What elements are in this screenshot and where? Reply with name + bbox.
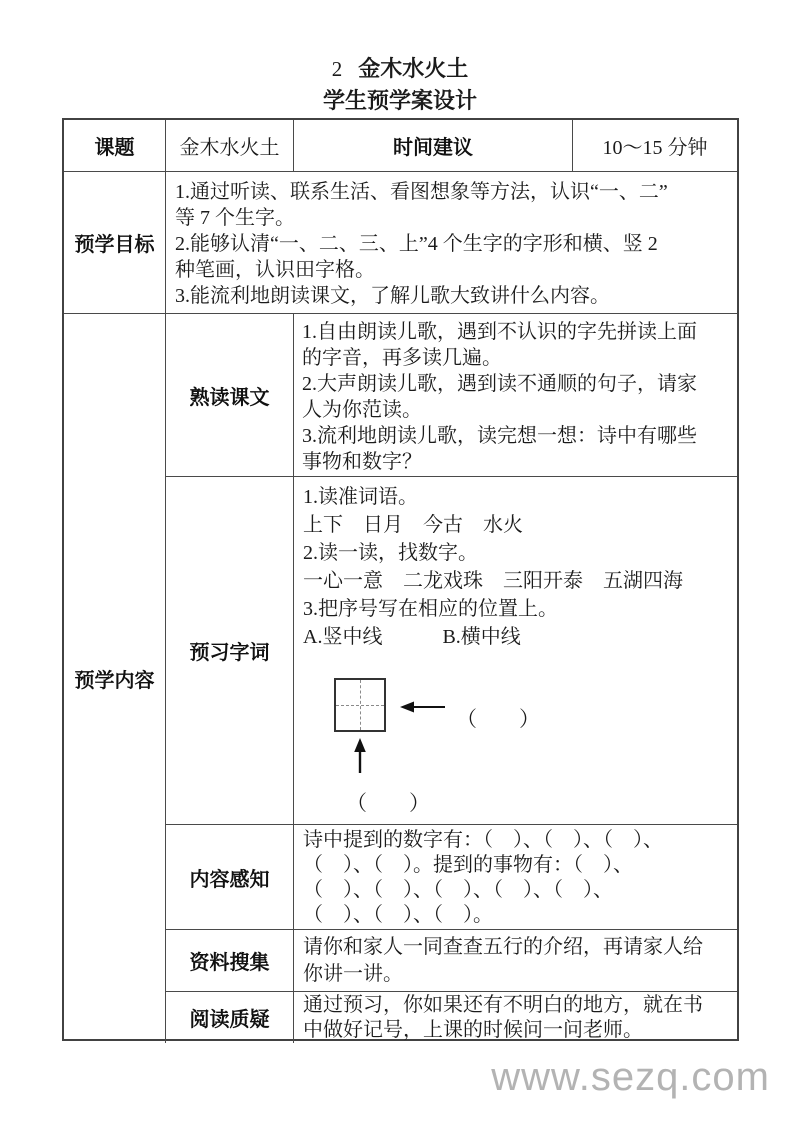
text-line: 3.能流利地朗读课文，了解儿歌大致讲什么内容。: [175, 283, 729, 309]
section-reading-questions: 阅读质疑 通过预习，你如果还有不明白的地方，就在书 中做好记号，上课的时候问一问…: [166, 992, 737, 1043]
text-line: 上下 日月 今古 水火: [303, 511, 731, 539]
content-row: 预学内容 熟读课文 1.自由朗读儿歌，遇到不认识的字先拼读上面 的字音，再多读几…: [64, 314, 737, 1043]
text-line: 种笔画，认识田字格。: [175, 257, 729, 283]
time-value-cell: 10～15 分钟: [573, 120, 737, 171]
content-perception-content-cell: 诗中提到的数字有：（ ）、（ ）、（ ）、 （ ）、（ ）。提到的事物有：（ ）…: [294, 825, 737, 929]
text-line: 2.能够认清“一、二、三、上”4 个生字的字形和横、竖 2: [175, 231, 729, 257]
horizontal-midline: [336, 705, 384, 706]
tianzige-diagram: （ ） （ ）: [294, 651, 731, 825]
text-line: 你讲一讲。: [303, 961, 731, 988]
section-content-perception: 内容感知 诗中提到的数字有：（ ）、（ ）、（ ）、 （ ）、（ ）。提到的事物…: [166, 825, 737, 930]
lesson-title: 2金木水火土: [0, 52, 800, 83]
text-line: （ ）、（ ）、（ ）、（ ）、（ ）、: [303, 878, 731, 903]
preview-plan-table: 课题 金木水火土 时间建议 10～15 分钟 预学目标 1.通过听读、联系生活、…: [62, 118, 739, 1041]
text-line: 3.流利地朗读儿歌，读完想一想：诗中有哪些: [302, 423, 731, 449]
section-preview-words: 预习字词 1.读准词语。 上下 日月 今古 水火 2.读一读，找数字。 一心一意…: [166, 477, 737, 825]
content-label-cell: 预学内容: [64, 314, 166, 1043]
text-line: 的字音，再多读几遍。: [302, 345, 731, 371]
topic-value-cell: 金木水火土: [166, 120, 294, 171]
reading-questions-content-cell: 通过预习，你如果还有不明白的地方，就在书 中做好记号，上课的时候问一问老师。: [294, 992, 737, 1043]
up-arrow-icon: [353, 738, 367, 774]
text-line: 一心一意 二龙戏珠 三阳开泰 五湖四海: [303, 567, 731, 595]
watermark: www.sezq.com: [491, 1055, 770, 1100]
text-line: 中做好记号，上课的时候问一问老师。: [303, 1018, 731, 1043]
text-line: 2.大声朗读儿歌，遇到读不通顺的句子，请家: [302, 371, 731, 397]
text-line: （ ）、（ ）、（ ）。: [303, 903, 731, 928]
time-label-cell: 时间建议: [294, 120, 573, 171]
topic-label-cell: 课题: [64, 120, 166, 171]
content-perception-label-cell: 内容感知: [166, 825, 294, 929]
text-line: 3.把序号写在相应的位置上。: [303, 595, 731, 623]
header-row: 课题 金木水火土 时间建议 10～15 分钟: [64, 120, 737, 172]
preview-words-content-cell: 1.读准词语。 上下 日月 今古 水火 2.读一读，找数字。 一心一意 二龙戏珠…: [294, 477, 737, 824]
text-line: 请你和家人一同查查五行的介绍，再请家人给: [303, 934, 731, 961]
preview-words-label-cell: 预习字词: [166, 477, 294, 824]
read-aloud-content-cell: 1.自由朗读儿歌，遇到不认识的字先拼读上面 的字音，再多读几遍。 2.大声朗读儿…: [294, 314, 737, 476]
answer-blank-bottom: （ ）: [346, 789, 430, 817]
text-line: 事物和数字？: [302, 449, 731, 475]
text-line: 2.读一读，找数字。: [303, 539, 731, 567]
goal-content-cell: 1.通过听读、联系生活、看图想象等方法，认识“一、二” 等 7 个生字。 2.能…: [166, 172, 737, 313]
lesson-number: 2: [332, 57, 343, 81]
left-arrow-icon: [400, 700, 446, 714]
text-line: 通过预习，你如果还有不明白的地方，就在书: [303, 993, 731, 1018]
reading-questions-label-cell: 阅读质疑: [166, 992, 294, 1043]
goal-row: 预学目标 1.通过听读、联系生活、看图想象等方法，认识“一、二” 等 7 个生字…: [64, 172, 737, 314]
text-line: 1.读准词语。: [303, 483, 731, 511]
text-line: 等 7 个生字。: [175, 205, 729, 231]
read-aloud-label-cell: 熟读课文: [166, 314, 294, 476]
section-material-search: 资料搜集 请你和家人一同查查五行的介绍，再请家人给 你讲一讲。: [166, 930, 737, 992]
text-line: 人为你范读。: [302, 397, 731, 423]
section-read-aloud: 熟读课文 1.自由朗读儿歌，遇到不认识的字先拼读上面 的字音，再多读几遍。 2.…: [166, 314, 737, 477]
text-line: 诗中提到的数字有：（ ）、（ ）、（ ）、: [303, 828, 731, 853]
goal-label-cell: 预学目标: [64, 172, 166, 313]
answer-blank-right: （ ）: [456, 705, 540, 733]
material-search-content-cell: 请你和家人一同查查五行的介绍，再请家人给 你讲一讲。: [294, 930, 737, 991]
lesson-title-text: 金木水火土: [358, 56, 468, 81]
content-sections: 熟读课文 1.自由朗读儿歌，遇到不认识的字先拼读上面 的字音，再多读几遍。 2.…: [166, 314, 737, 1043]
subtitle: 学生预学案设计: [0, 84, 800, 115]
text-line: 1.自由朗读儿歌，遇到不认识的字先拼读上面: [302, 319, 731, 345]
text-line: A.竖中线 B.横中线: [303, 623, 731, 651]
material-search-label-cell: 资料搜集: [166, 930, 294, 991]
tianzige-grid: [334, 678, 386, 732]
text-line: 1.通过听读、联系生活、看图想象等方法，认识“一、二”: [175, 179, 729, 205]
text-line: （ ）、（ ）。提到的事物有：（ ）、: [303, 853, 731, 878]
